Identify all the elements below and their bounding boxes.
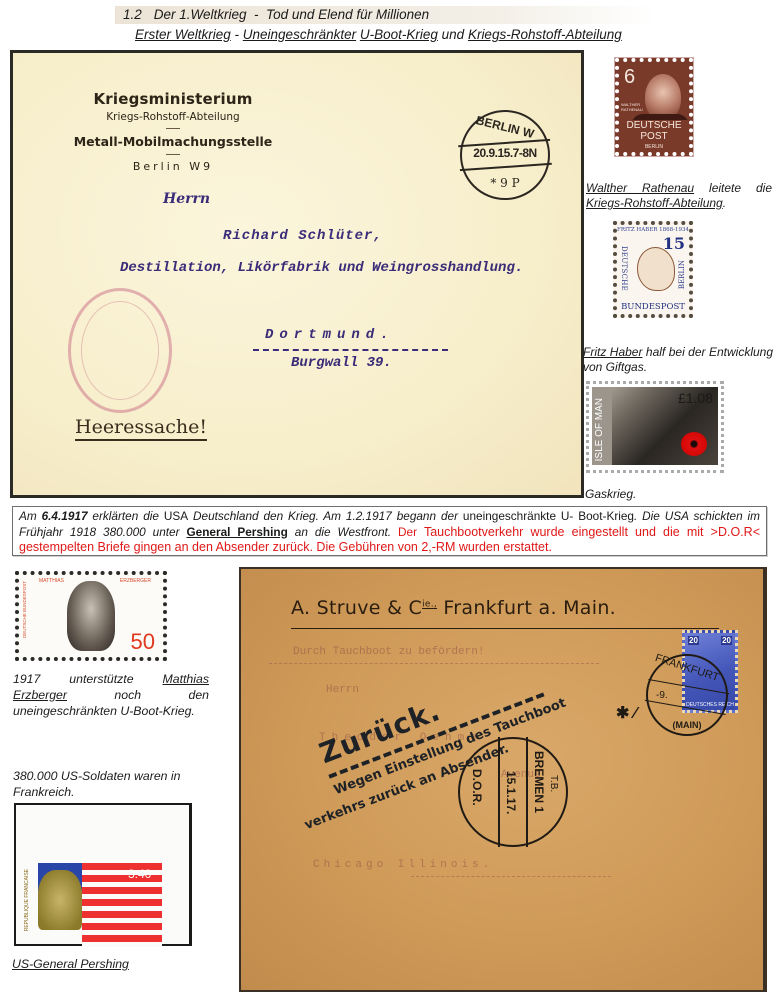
ink-mark: ✱ ⁄: [616, 703, 637, 723]
stamp-isle-of-man: ISLE OF MAN £1.08: [586, 381, 724, 473]
envelope-kriegsministerium: Kriegsministerium Kriegs-Rohstoff-Abteil…: [10, 50, 584, 498]
stamp-side-panel: ISLE OF MAN: [592, 387, 612, 465]
postmark-dor: D.O.R.: [470, 769, 484, 806]
subtitle-link-erster-weltkrieg[interactable]: Erster Weltkrieg: [135, 27, 231, 42]
sender-line-4: Berlin W9: [63, 160, 283, 173]
stamp-first-name: MATTHIAS: [39, 578, 64, 584]
stamp-value: 50: [131, 629, 155, 655]
letterhead-rule: [291, 628, 719, 629]
recipient-city: Dortmund.: [265, 327, 395, 343]
faint-typed-line: Durch Tauchboot zu befördern!: [293, 646, 484, 658]
caption-end: .: [723, 196, 726, 210]
caption-text: leitete die: [694, 181, 772, 195]
info-date: 6.4.1917: [42, 509, 88, 523]
firm-name: A. Struve & C: [291, 597, 422, 619]
caption-haber: Fritz Haber half bei der Entwicklung von…: [583, 345, 773, 375]
info-uboot: uneingeschränkte U- Boot-Krieg: [463, 509, 634, 523]
firm-letterhead: A. Struve & Cie., Frankfurt a. Main.: [291, 597, 616, 619]
heeressache-marking: Heeressache!: [75, 416, 207, 441]
postmark-bottom-text: * 9 P: [462, 176, 548, 190]
info-text: an die Westfront.: [288, 525, 398, 539]
sender-divider: [166, 128, 180, 129]
stamp-name: WALTHER RATHENAU: [621, 102, 643, 112]
stamp-value: 6: [624, 66, 635, 89]
caption-soldiers: 380.000 US-Soldaten waren in Frankreich.: [13, 768, 213, 800]
poppy-icon: [681, 432, 707, 456]
info-text: erklärten die: [88, 509, 164, 523]
info-red-text: Der: [398, 525, 424, 539]
sender-divider: [166, 154, 180, 155]
info-box: Am 6.4.1917 erklärten die USA Deutschlan…: [12, 506, 767, 556]
stamp-value: £1.08: [678, 390, 713, 406]
subtitle-separator: und: [438, 27, 468, 42]
postmark-top-text: BERLIN W: [462, 110, 549, 144]
caption-dept-link[interactable]: Kriegs-Rohstoff-Abteilung: [586, 196, 723, 210]
stamp-sub: BERLIN: [619, 144, 689, 150]
stamp-rathenau: 6 WALTHER RATHENAU DEUTSCHE POST BERLIN: [615, 58, 693, 156]
stamp-haber: FRITZ HABER 1868-1934 15 DEUTSCHE BERLIN…: [613, 221, 693, 318]
faint-rule: [411, 876, 611, 877]
info-text: Deutschland den Krieg. Am 1.2.1917 began…: [188, 509, 463, 523]
info-pershing-link[interactable]: General Pershing: [186, 525, 287, 539]
sender-line-3: Metall-Mobilmachungsstelle: [63, 134, 283, 149]
firm-sup: ie.,: [422, 600, 437, 610]
firm-city: Frankfurt a. Main.: [437, 597, 616, 619]
stamp-country: REPUBLIQUE FRANCAISE: [24, 869, 30, 931]
sender-block: Kriegsministerium Kriegs-Rohstoff-Abteil…: [63, 90, 283, 173]
subtitle-link-uneingeschraenkter[interactable]: Uneingeschränkter: [243, 27, 356, 42]
recipient-firm: Destillation, Likörfabrik und Weingrossh…: [120, 260, 523, 276]
postmark-bar: [526, 737, 528, 847]
stamp-country: DEUTSCHE BUNDESPOST: [22, 581, 27, 638]
stamp-left-text: DEUTSCHE: [620, 246, 628, 291]
stamp-country: ISLE OF MAN: [594, 398, 605, 461]
subtitle-separator: -: [231, 27, 243, 42]
envelope-struve: A. Struve & Cie., Frankfurt a. Main. Dur…: [239, 567, 767, 992]
faint-typed-line: Chicago Illinois.: [313, 859, 493, 871]
caption-rathenau: Walther Rathenau leitete die Kriegs-Rohs…: [586, 181, 772, 211]
page-subtitle: Erster Weltkrieg - Uneingeschränkter U-B…: [135, 27, 622, 42]
recipient-name: Richard Schlüter,: [223, 228, 383, 244]
section-number: 1.2: [123, 7, 142, 22]
sender-line-2: Kriegs-Rohstoff-Abteilung: [63, 111, 283, 123]
caption-name-link[interactable]: Fritz Haber: [583, 345, 642, 359]
stamp-bottom-text: BUNDESPOST: [617, 302, 689, 312]
caption-text: 1917 unterstützte: [13, 672, 163, 686]
salutation: Herrn: [163, 191, 210, 207]
stamp-country: DEUTSCHE POST: [619, 120, 689, 142]
stamp-header: FRITZ HABER 1868-1934: [617, 227, 689, 233]
postmark-city: BREMEN 1: [532, 751, 546, 813]
postmark-bottom-text: (MAIN): [648, 720, 726, 730]
postmark-frankfurt: FRANKFURT -9. (MAIN): [646, 654, 728, 736]
sender-line-1: Kriegsministerium: [63, 90, 283, 108]
caption-name-link[interactable]: Walther Rathenau: [586, 181, 694, 195]
stamp-value: 3.40: [128, 867, 151, 881]
stamp-right-text: BERLIN: [678, 260, 686, 289]
city-underline: [253, 349, 448, 351]
portrait-icon: [38, 870, 82, 930]
stamp-value: 20: [688, 636, 699, 645]
info-text: Am: [19, 509, 42, 523]
title-text: Der 1.Weltkrieg - Tod und Elend für Mill…: [154, 7, 429, 22]
stamp-pershing: 3.40 REPUBLIQUE FRANCAISE: [14, 803, 192, 946]
stamp-last-name: ERZBERGER: [120, 578, 151, 584]
subtitle-link-u-boot-krieg[interactable]: U-Boot-Krieg: [360, 27, 438, 42]
faint-typed-line: Herrn: [326, 684, 359, 696]
postmark-bremen: D.O.R. 15.1.17. BREMEN 1 T.B.: [458, 737, 568, 847]
postmark-date: 15.1.17.: [504, 771, 518, 814]
info-usa: USA: [164, 509, 188, 523]
postmark-date: -9.: [656, 690, 668, 701]
postmark-bar: [498, 737, 500, 847]
caption-pershing-link[interactable]: US-General Pershing: [12, 957, 129, 972]
postmark-berlin: BERLIN W 20.9.15.7-8N * 9 P: [460, 110, 550, 200]
postmark-sub: T.B.: [548, 775, 559, 792]
portrait-icon: [67, 581, 115, 651]
recipient-street: Burgwall 39.: [291, 355, 392, 371]
stamp-value: 15: [663, 234, 685, 253]
caption-gaskrieg: Gaskrieg.: [585, 487, 636, 502]
caption-erzberger: 1917 unterstützte Matthias Erzberger noc…: [13, 671, 209, 719]
stamp-erzberger: MATTHIAS ERZBERGER DEUTSCHE BUNDESPOST 5…: [15, 571, 167, 661]
red-seal-stamp: [68, 288, 172, 413]
stamp-value: 20: [721, 636, 732, 645]
portrait-icon: [637, 247, 675, 291]
postmark-date: 20.9.15.7-8N: [462, 146, 548, 160]
page-title: 1.2Der 1.Weltkrieg - Tod und Elend für M…: [123, 7, 429, 22]
subtitle-link-kriegs-rohstoff[interactable]: Kriegs-Rohstoff-Abteilung: [468, 27, 622, 42]
